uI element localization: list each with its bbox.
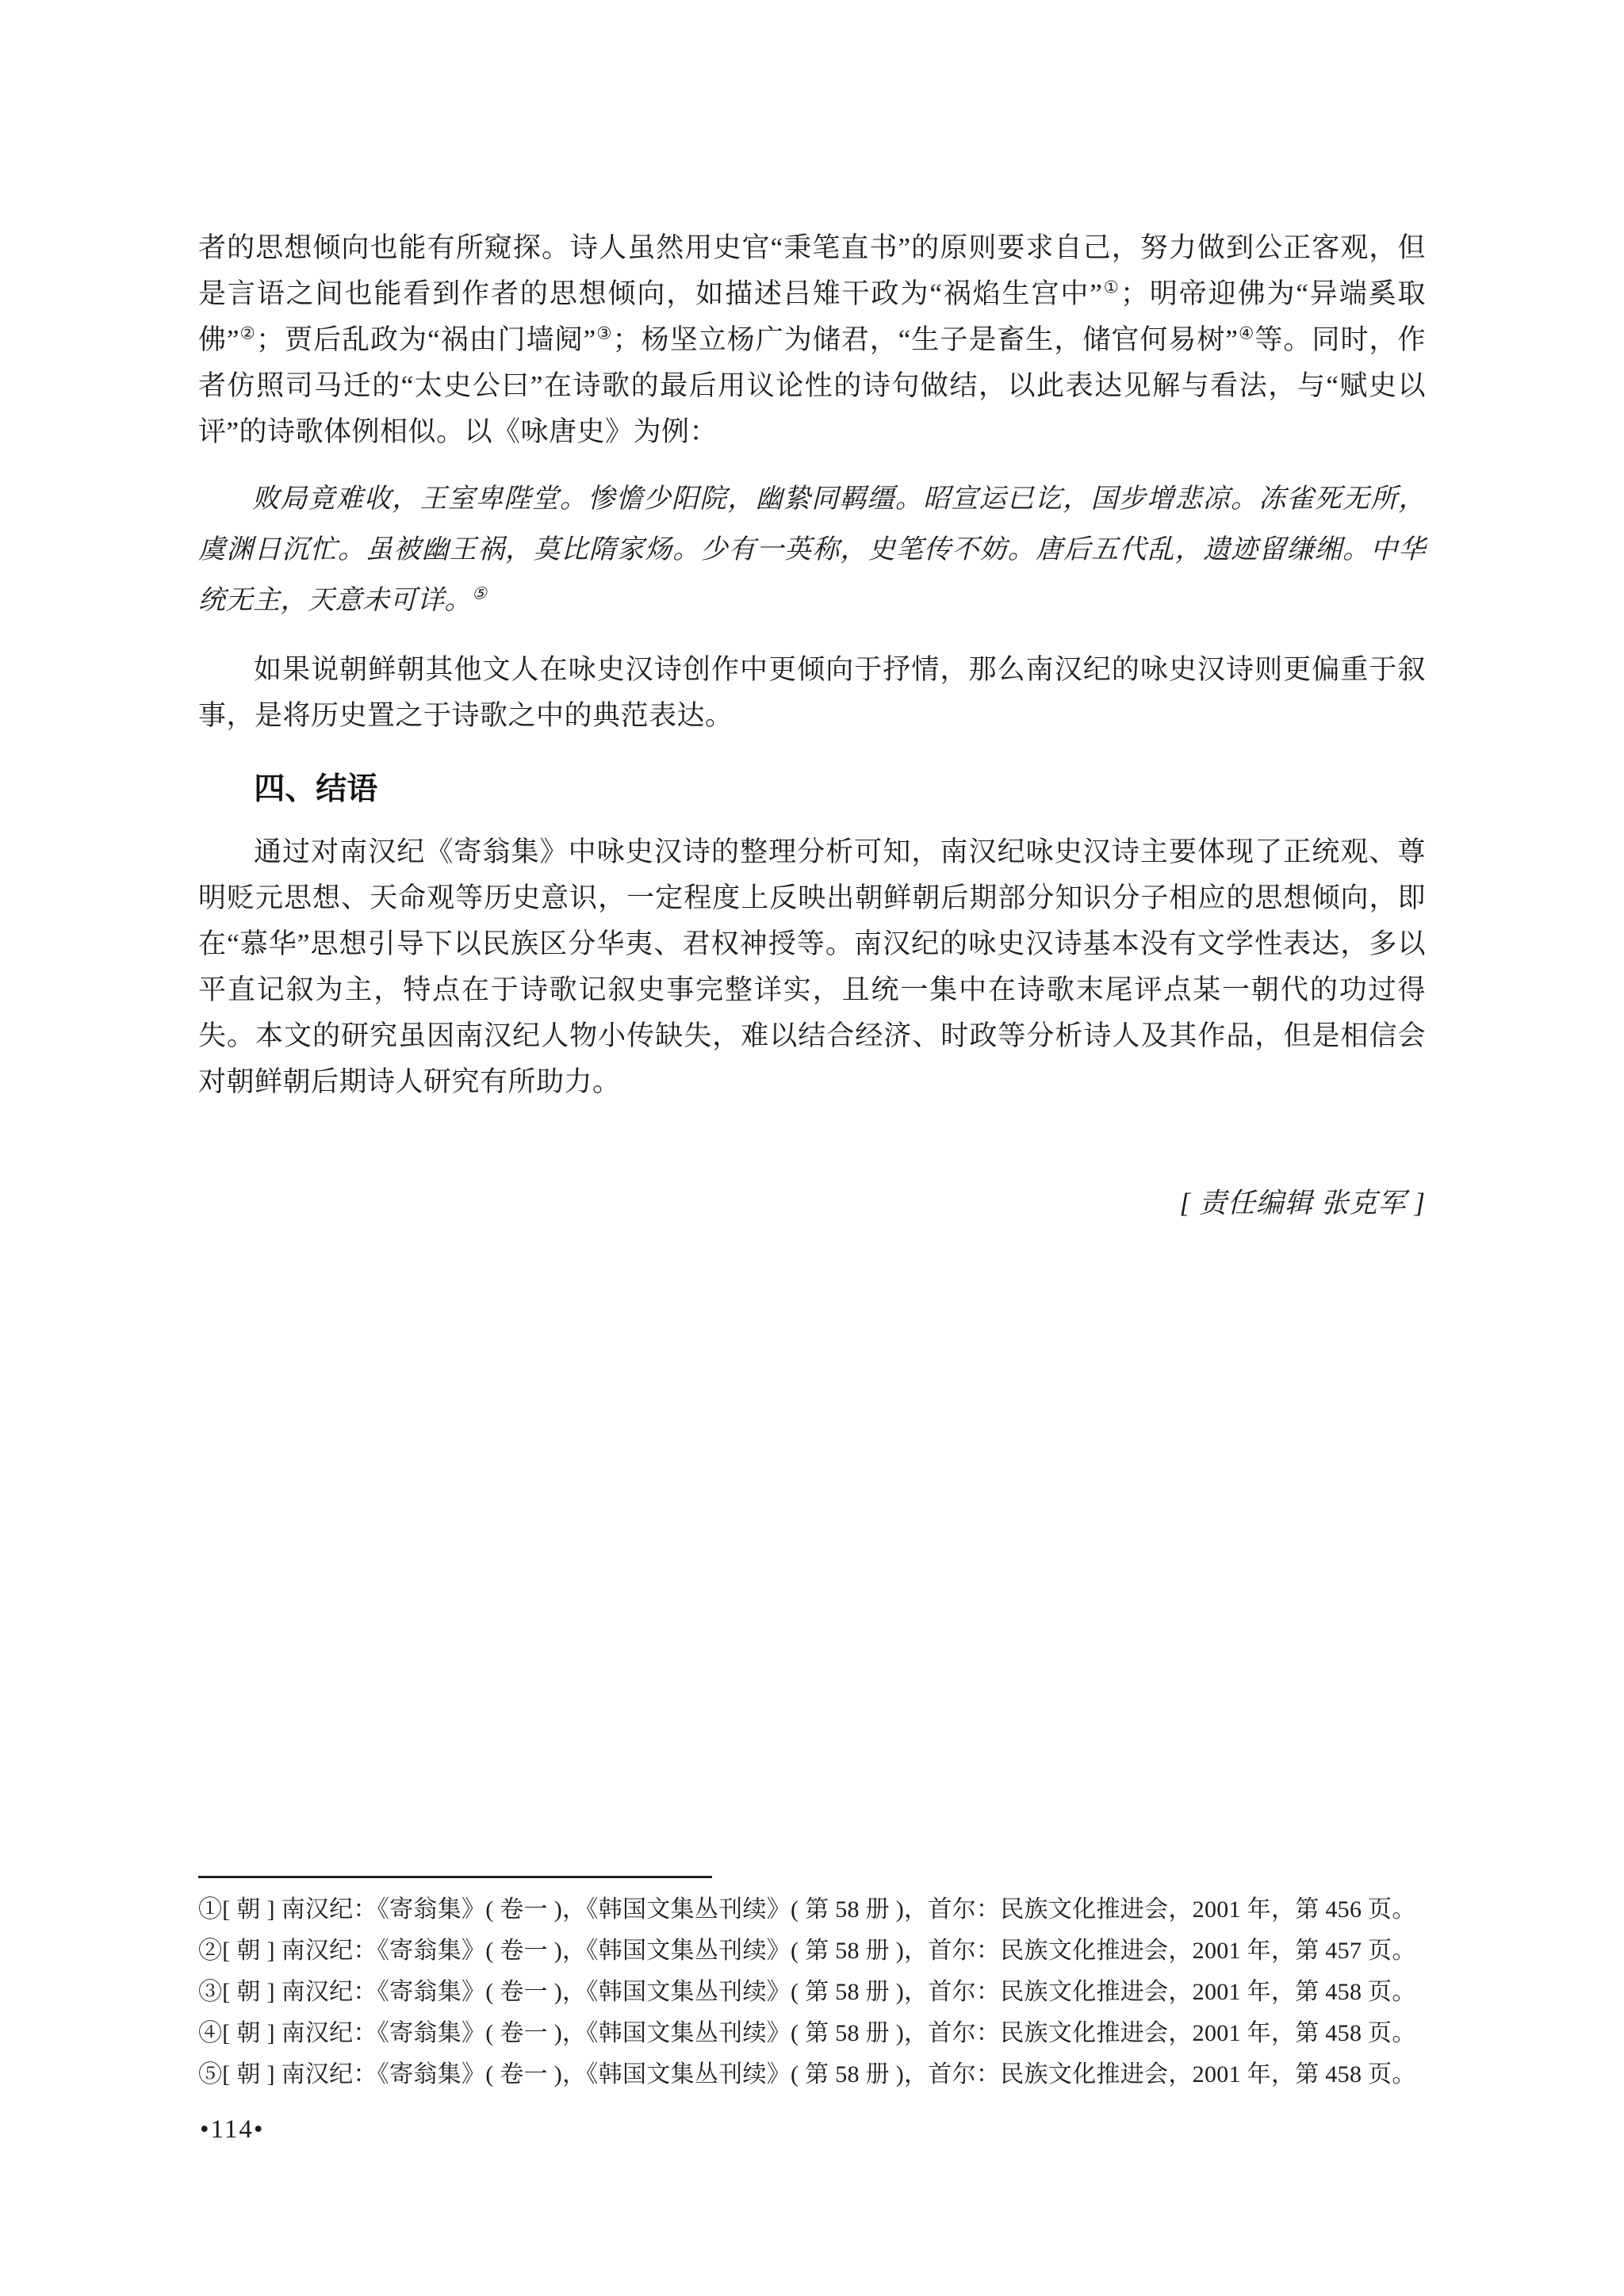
article-body: 者的思想倾向也能有所窥探。诗人虽然用史官“秉笔直书”的原则要求自己，努力做到公正… bbox=[198, 0, 1426, 1221]
footnote-reference-mark: ⑤ bbox=[472, 584, 487, 603]
footnote-reference-mark: ③ bbox=[596, 323, 613, 342]
footnote-reference-mark: ① bbox=[1102, 277, 1120, 297]
footnote-item: ③[ 朝 ] 南汉纪：《寄翁集》( 卷一 )，《韩国文集丛刊续》( 第 58 册… bbox=[198, 1972, 1426, 2013]
footnote-item: ⑤[ 朝 ] 南汉纪：《寄翁集》( 卷一 )，《韩国文集丛刊续》( 第 58 册… bbox=[198, 2054, 1426, 2095]
footnote-item: ④[ 朝 ] 南汉纪：《寄翁集》( 卷一 )，《韩国文集丛刊续》( 第 58 册… bbox=[198, 2013, 1426, 2054]
footnotes-section: ①[ 朝 ] 南汉纪：《寄翁集》( 卷一 )，《韩国文集丛刊续》( 第 58 册… bbox=[198, 1876, 1426, 2095]
body-paragraph: 如果说朝鲜朝其他文人在咏史汉诗创作中更倾向于抒情，那么南汉纪的咏史汉诗则更偏重于… bbox=[198, 647, 1426, 739]
footnote-item: ②[ 朝 ] 南汉纪：《寄翁集》( 卷一 )，《韩国文集丛刊续》( 第 58 册… bbox=[198, 1931, 1426, 1972]
text-segment: ；杨坚立杨广为储君，“生子是畜生，储官何易树” bbox=[613, 324, 1239, 355]
footnote-separator-rule bbox=[198, 1876, 712, 1878]
section-heading-conclusion: 四、结语 bbox=[198, 771, 1426, 809]
document-page: 者的思想倾向也能有所窥探。诗人虽然用史官“秉笔直书”的原则要求自己，努力做到公正… bbox=[0, 0, 1624, 2296]
poem-block-quote: 败局竟难收，王室卑陛堂。惨憺少阳院，幽絷同羁缰。昭宣运已讫，国步增悲凉。冻雀死无… bbox=[198, 474, 1426, 626]
footnote-item: ①[ 朝 ] 南汉纪：《寄翁集》( 卷一 )，《韩国文集丛刊续》( 第 58 册… bbox=[198, 1889, 1426, 1931]
footnote-reference-mark: ④ bbox=[1238, 323, 1254, 342]
text-segment: ；贾后乱政为“祸由门墙阋” bbox=[256, 324, 596, 355]
page-number: •114• bbox=[200, 2115, 264, 2145]
conclusion-paragraph: 通过对南汉纪《寄翁集》中咏史汉诗的整理分析可知，南汉纪咏史汉诗主要体现了正统观、… bbox=[198, 829, 1426, 1105]
text-segment: 败局竟难收，王室卑陛堂。惨憺少阳院，幽絷同羁缰。昭宣运已讫，国步增悲凉。冻雀死无… bbox=[198, 484, 1426, 615]
footnote-reference-mark: ② bbox=[239, 323, 256, 342]
editor-credit: [ 责任编辑 张克军 ] bbox=[198, 1181, 1426, 1221]
footnote-list: ①[ 朝 ] 南汉纪：《寄翁集》( 卷一 )，《韩国文集丛刊续》( 第 58 册… bbox=[198, 1889, 1426, 2095]
body-paragraph-continuation: 者的思想倾向也能有所窥探。诗人虽然用史官“秉笔直书”的原则要求自己，努力做到公正… bbox=[198, 225, 1426, 455]
